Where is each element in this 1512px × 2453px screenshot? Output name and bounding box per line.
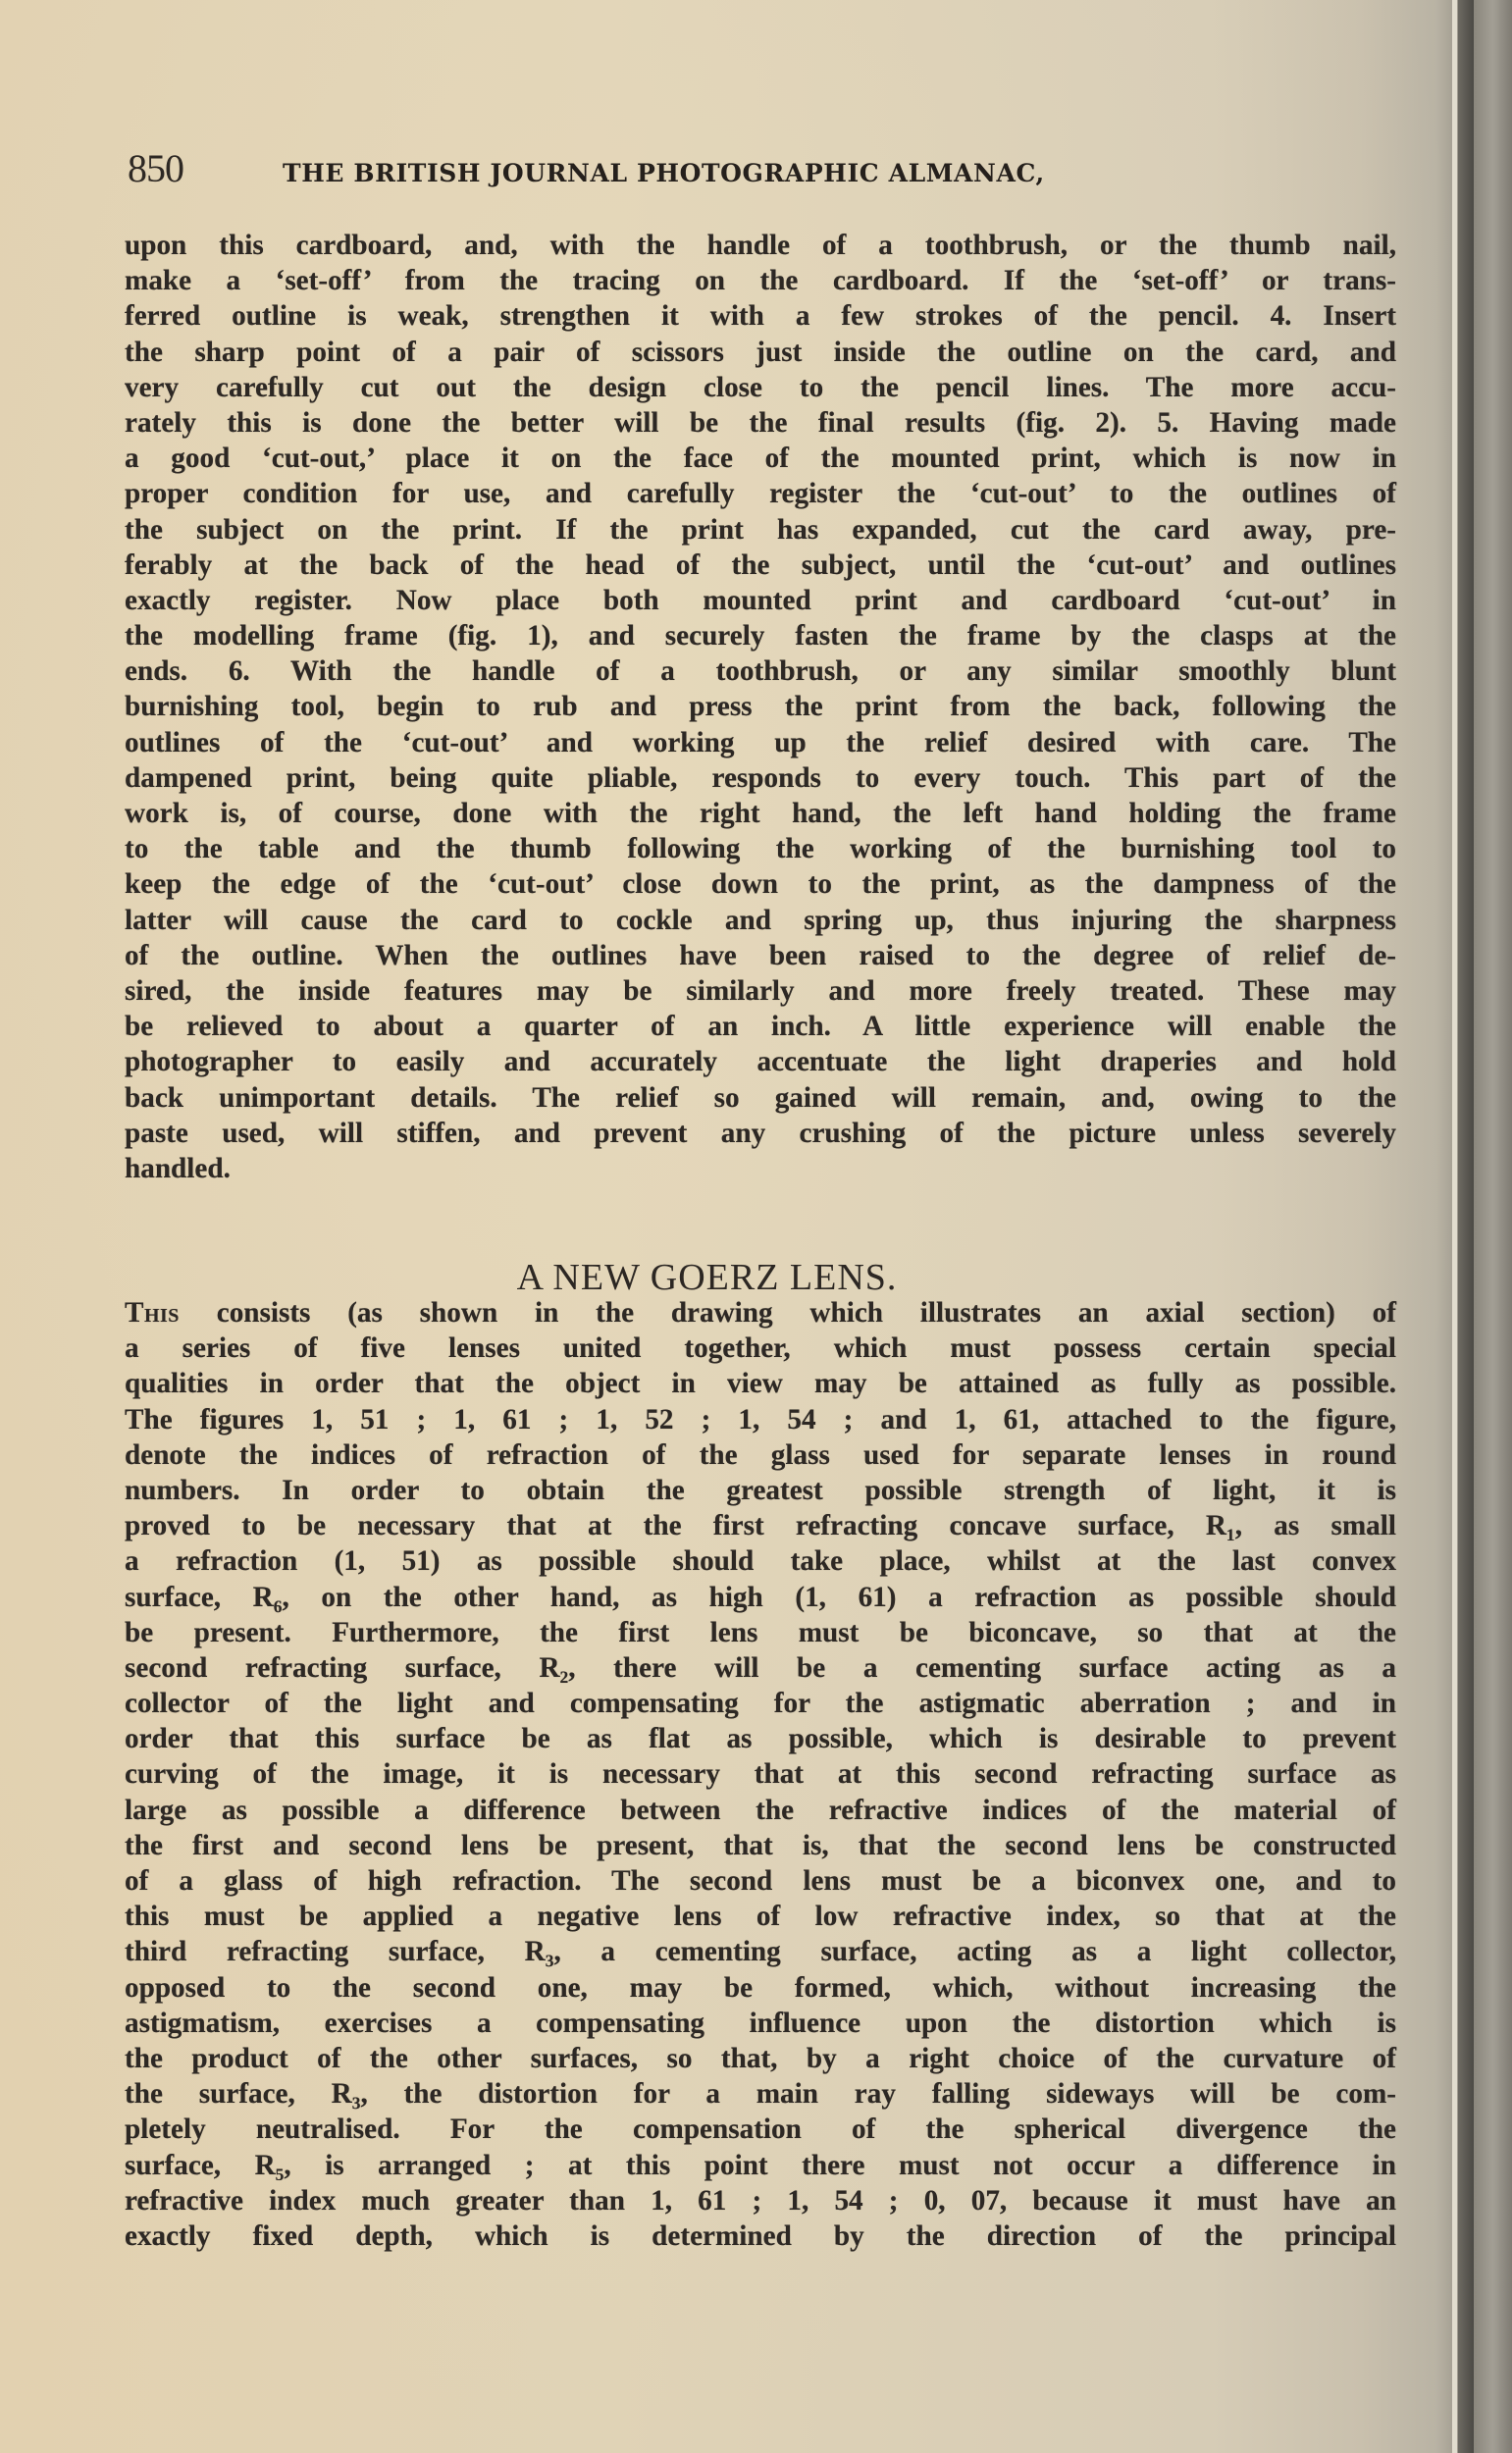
- text-line: photographer to easily and accurately ac…: [125, 1044, 1396, 1079]
- scanned-book-page: 850 THE BRITISH JOURNAL PHOTOGRAPHIC ALM…: [0, 0, 1512, 2453]
- text-line: the modelling frame (fig. 1), and secure…: [125, 618, 1396, 653]
- text-line: dampened print, being quite pliable, res…: [125, 760, 1396, 796]
- text-line: surface, R₆, on the other hand, as high …: [125, 1580, 1396, 1615]
- text-line: very carefully cut out the design close …: [125, 370, 1396, 405]
- text-line: of the outline. When the outlines have b…: [125, 938, 1396, 973]
- text-line: the sharp point of a pair of scissors ju…: [125, 335, 1396, 370]
- text-line: proper condition for use, and carefully …: [125, 476, 1396, 511]
- text-line: the product of the other surfaces, so th…: [125, 2041, 1396, 2076]
- text-line: exactly fixed depth, which is determined…: [125, 2218, 1396, 2254]
- text-line: exactly register. Now place both mounted…: [125, 583, 1396, 618]
- text-line: upon this cardboard, and, with the handl…: [125, 228, 1396, 263]
- journal-title: THE BRITISH JOURNAL PHOTOGRAPHIC ALMANAC…: [283, 159, 1045, 187]
- first-line-rest: consists (as shown in the drawing which …: [180, 1297, 1396, 1329]
- text-line: The figures 1, 51 ; 1, 61 ; 1, 52 ; 1, 5…: [125, 1402, 1396, 1437]
- text-line: of a glass of high refraction. The secon…: [125, 1863, 1396, 1899]
- text-line: paste used, will stiffen, and prevent an…: [125, 1116, 1396, 1151]
- text-line: ends. 6. With the handle of a toothbrush…: [125, 653, 1396, 689]
- text-line: to the table and the thumb following the…: [125, 831, 1396, 866]
- text-line: work is, of course, done with the right …: [125, 796, 1396, 831]
- text-line: ferred outline is weak, strengthen it wi…: [125, 298, 1396, 334]
- text-line: curving of the image, it is necessary th…: [125, 1756, 1396, 1792]
- text-line: be relieved to about a quarter of an inc…: [125, 1009, 1396, 1044]
- text-line: order that this surface be as flat as po…: [125, 1721, 1396, 1756]
- text-line: handled.: [125, 1151, 1396, 1186]
- text-line: a refraction (1, 51) as possible should …: [125, 1543, 1396, 1579]
- text-line: burnishing tool, begin to rub and press …: [125, 689, 1396, 724]
- text-line: second refracting surface, R₂, there wil…: [125, 1650, 1396, 1686]
- text-line: ferably at the back of the head of the s…: [125, 548, 1396, 583]
- text-line: numbers. In order to obtain the greatest…: [125, 1473, 1396, 1508]
- text-line: proved to be necessary that at the first…: [125, 1508, 1396, 1543]
- text-line: third refracting surface, R₃, a cementin…: [125, 1934, 1396, 1969]
- text-line: the first and second lens be present, th…: [125, 1828, 1396, 1863]
- page-edge-highlight: [1452, 0, 1457, 2453]
- text-line: pletely neutralised. For the compensatio…: [125, 2112, 1396, 2147]
- text-line: latter will cause the card to cockle and…: [125, 903, 1396, 938]
- paragraph-lines: a series of five lenses united together,…: [125, 1331, 1396, 2254]
- text-line: denote the indices of refraction of the …: [125, 1437, 1396, 1473]
- section-title: A NEW GOERZ LENS.: [0, 1256, 1512, 1299]
- next-page-edge: [1474, 0, 1512, 2453]
- page-edge-shadow: [1458, 0, 1474, 2453]
- text-line: This consists (as shown in the drawing w…: [125, 1295, 1396, 1331]
- text-line: refractive index much greater than 1, 61…: [125, 2183, 1396, 2218]
- text-line: collector of the light and compensating …: [125, 1686, 1396, 1721]
- text-line: make a ‘set-off’ from the tracing on the…: [125, 263, 1396, 298]
- text-line: surface, R₅, is arranged ; at this point…: [125, 2148, 1396, 2183]
- text-line: the subject on the print. If the print h…: [125, 512, 1396, 548]
- lead-word: This: [125, 1297, 180, 1329]
- text-line: keep the edge of the ‘cut-out’ close dow…: [125, 866, 1396, 902]
- text-line: outlines of the ‘cut-out’ and working up…: [125, 725, 1396, 760]
- text-line: a good ‘cut-out,’ place it on the face o…: [125, 441, 1396, 476]
- text-line: opposed to the second one, may be formed…: [125, 1970, 1396, 2006]
- text-line: a series of five lenses united together,…: [125, 1331, 1396, 1366]
- paragraph-goerz-lens: This consists (as shown in the drawing w…: [125, 1295, 1396, 2254]
- text-line: this must be applied a negative lens of …: [125, 1899, 1396, 1934]
- text-line: sired, the inside features may be simila…: [125, 973, 1396, 1009]
- text-line: rately this is done the better will be t…: [125, 405, 1396, 441]
- running-head: 850 THE BRITISH JOURNAL PHOTOGRAPHIC ALM…: [128, 145, 1403, 191]
- text-line: back unimportant details. The relief so …: [125, 1080, 1396, 1116]
- text-line: astigmatism, exercises a compensating in…: [125, 2006, 1396, 2041]
- text-line: be present. Furthermore, the first lens …: [125, 1615, 1396, 1650]
- paragraph-modelling-instructions: upon this cardboard, and, with the handl…: [125, 228, 1396, 1186]
- text-line: the surface, R₃, the distortion for a ma…: [125, 2076, 1396, 2112]
- text-line: large as possible a difference between t…: [125, 1793, 1396, 1828]
- page-number: 850: [128, 145, 283, 191]
- text-line: qualities in order that the object in vi…: [125, 1366, 1396, 1401]
